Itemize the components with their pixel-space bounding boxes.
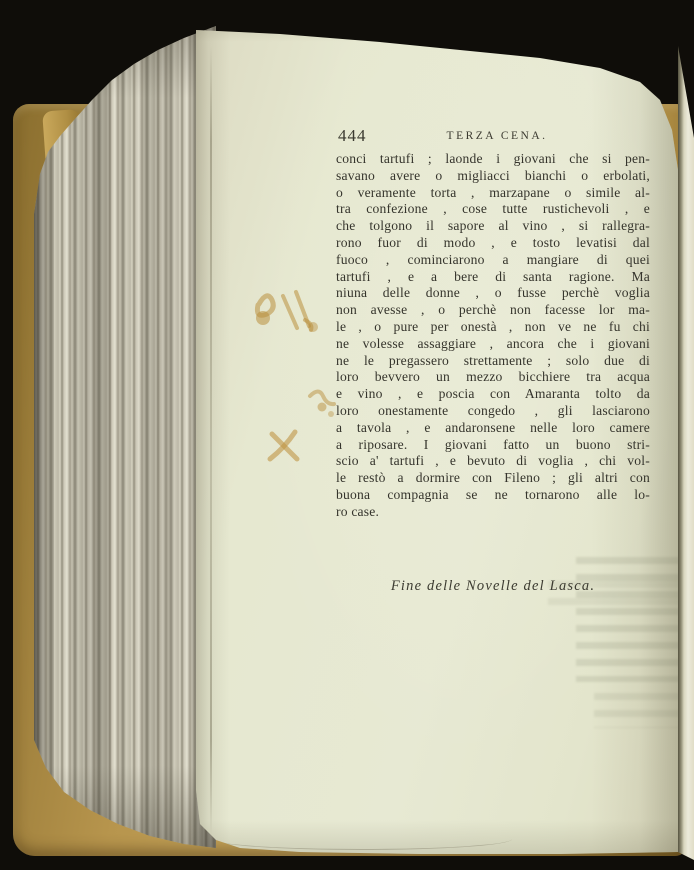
text-line: buona compagnia se ne tornarono alle lo-: [336, 487, 650, 504]
book-photograph: 444 TERZA CENA. conci tartufi ; laonde i…: [0, 0, 694, 870]
text-block: 444 TERZA CENA. conci tartufi ; laonde i…: [336, 126, 650, 521]
finis-line: Fine delle Novelle del Lasca.: [336, 578, 650, 595]
text-line: ro case.: [336, 504, 650, 521]
text-line: non avesse , o perchè non facesse lor ma…: [336, 302, 650, 319]
text-line: savano avere o migliacci bianchi o erbol…: [336, 168, 650, 185]
text-line: ne volesse assaggiare , ancora che i gio…: [336, 336, 650, 353]
running-title: TERZA CENA.: [447, 130, 548, 142]
text-line: tartufi , e a bere di santa ragione. Ma: [336, 269, 650, 286]
text-line: niuna delle donne , o fusse perchè vogli…: [336, 285, 650, 302]
text-line: scio a' tartufi , e bevuto di voglia , c…: [336, 453, 650, 470]
text-line: loro bevvero un mezzo bicchiere tra acqu…: [336, 369, 650, 386]
text-line: rono fuor di modo , e tosto levatisi dal: [336, 235, 650, 252]
page-number: 444: [338, 126, 367, 146]
next-page-edge: [678, 38, 694, 860]
page-edges-stack: [34, 24, 216, 848]
page-bottom-curl: [212, 828, 512, 850]
text-line: conci tartufi ; laonde i giovani che si …: [336, 151, 650, 168]
page-crease: [210, 46, 212, 836]
body-text: conci tartufi ; laonde i giovani che si …: [336, 151, 650, 521]
text-line: che tolgono il sapore al vino , si ralle…: [336, 218, 650, 235]
book-page: 444 TERZA CENA. conci tartufi ; laonde i…: [196, 16, 678, 856]
text-line: ne le pregassero strettamente ; solo due…: [336, 353, 650, 370]
text-line: loro onestamente congedo , gli lasciaron…: [336, 403, 650, 420]
text-line: o veramente torta , marzapane o simile a…: [336, 185, 650, 202]
text-line: a riposare. I giovani fatto un buono str…: [336, 437, 650, 454]
verso-show-through: [576, 552, 694, 682]
page-header: 444 TERZA CENA.: [336, 126, 650, 146]
text-line: le , o pure per onestà , non ve ne fu ch…: [336, 319, 650, 336]
text-line: tra confezione , cose tutte rustichevoli…: [336, 201, 650, 218]
text-line: fuoco , cominciarono a mangiare di quei: [336, 252, 650, 269]
text-line: a tavola , e andaronsene nelle loro came…: [336, 420, 650, 437]
text-line: e vino , e poscia con Amaranta tolto da: [336, 386, 650, 403]
text-line: le restò a dormire con Fileno ; gli altr…: [336, 470, 650, 487]
